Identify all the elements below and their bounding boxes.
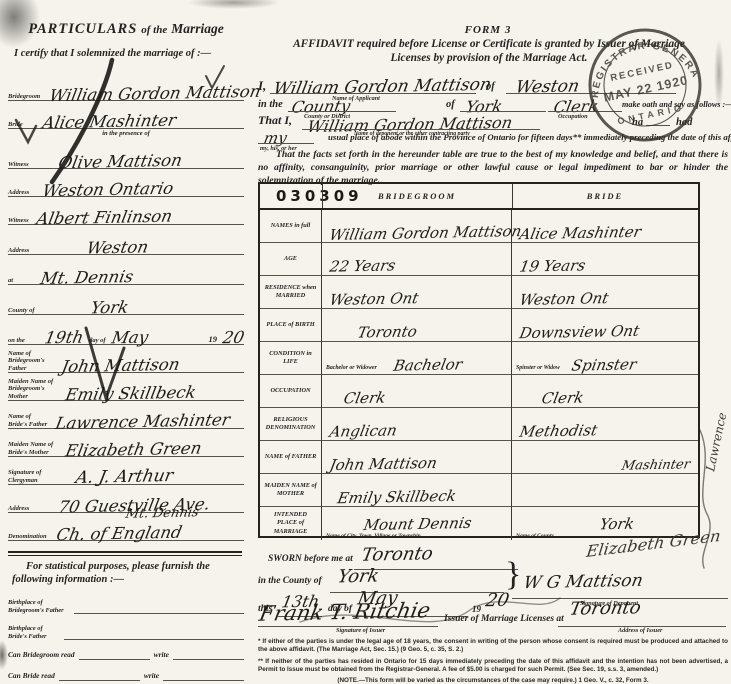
groom-name-value: William Gordon Mattison [328,222,523,244]
sworn-year-hand: 20 [484,590,511,611]
witness2-label: Witness [8,217,29,224]
groom-residence-value: Weston Ont [328,289,420,309]
county-label: County of [8,307,35,314]
groom-mother-value: Emily Skillbeck [336,487,458,507]
table-cell-groom: John Mattison [322,441,512,474]
clergyman-signature: A. J. Arthur [74,466,175,488]
marriage-place-label: at [8,277,13,284]
row-label: RESIDENCE when MARRIED [260,276,322,309]
table-cell-bride: Methodist [512,408,698,441]
groom-occupation-value: Clerk [342,389,387,408]
row-label: NAMES in full [260,210,322,243]
table-cell-bride: Weston Ont [512,276,698,309]
bride-denomination-value: Methodist [518,421,599,441]
date-month: May [110,328,150,348]
bride-residence-value: Weston Ont [518,289,610,309]
presence-label: in the presence of [8,130,244,137]
table-cell-groom: Mount Dennis Name of City, Town, Village… [322,507,512,540]
denomination-value: Ch. of England [55,523,184,545]
row-label: RELIGIOUS DENOMINATION [260,408,322,441]
table-cell-bride: Mashinter [512,441,698,474]
groom-denomination-value: Anglican [328,421,398,440]
stamp-province-text: ONTARIO [617,102,686,126]
particulars-title-of-the: of the [141,24,167,36]
groom-age-value: 22 Years [328,256,397,275]
bridegroom-label: Bridegroom [8,93,40,100]
address2-row: Address Weston [8,226,244,255]
stats-blank-line [163,665,244,681]
stats-blank-line [173,643,244,660]
date-year-printed: 19 [209,334,218,344]
bride-column-header: BRIDE [512,191,698,201]
row-label: AGE [260,243,322,276]
stats-groom-father-birthplace-label: Birthplace of Bridegroom's Father [8,599,70,614]
county-value: York [89,298,130,318]
table-cell-groom: Emily Skillbeck [322,474,512,507]
county-row: County of York [8,286,244,315]
bridegroom-row: Bridegroom William Gordon Mattison [8,72,244,101]
groom-condition-value: Bachelor [392,355,464,374]
stats-row-bride-father-birthplace: Birthplace of Bride's Father [8,620,244,640]
row-label: INTENDED PLACE of MARRIAGE [260,507,322,540]
table-body: NAMES in full William Gordon Mattison Al… [260,210,698,540]
clergyman-label: Signature of Clergyman [8,469,50,484]
stats-blank-line [59,665,140,681]
stats-can-bride-read-label: Can Bride read [8,672,55,681]
groom-mother-row: Maiden Name of Bridegroom's Mother Emily… [8,374,244,401]
table-cell-groom: Toronto [322,309,512,342]
bridegroom-column-header: BRIDEGROOM [322,191,512,201]
row-label: OCCUPATION [260,375,322,408]
groom-father-label: Name of Bridegroom's Father [8,350,56,372]
groom-mother-label: Maiden Name of Bridegroom's Mother [8,378,60,400]
sworn-year-printed: 19 [472,604,481,614]
vertical-margin-name: Lawrence [703,411,729,473]
address2-label: Address [8,247,29,254]
marriage-place-value: Mt. Dennis [39,267,135,288]
groom-birthplace-value: Toronto [356,322,418,341]
stats-blank-line [64,619,244,640]
column-divider [322,184,323,208]
sworn-county-label: in the County of [258,576,322,586]
double-rule-top [8,551,242,553]
scan-smudge-bottom [0,640,8,670]
bachelor-or-widower-caption: Bachelor or Widower [326,365,377,371]
sworn-section: SWORN before me at Toronto in the County… [258,542,731,638]
marriage-affidavit-document: PARTICULARS of the Marriage I certify th… [0,0,731,684]
address2-value: Weston [85,237,150,257]
table-cell-bride: Alice Mashinter [512,210,698,243]
witness1-label: Witness [8,161,29,168]
bride-mother-label: Maiden Name of Bride's Mother [8,441,60,456]
bride-birthplace-value: Downsview Ont [518,322,641,342]
writing-line [258,143,314,144]
writing-line [330,592,504,593]
bride-name-value: Alice Mashinter [518,223,643,244]
row-label: MAIDEN NAME of MOTHER [260,474,322,507]
clergyman-row: Signature of Clergyman A. J. Arthur [8,458,244,485]
address1-label: Address [8,189,29,196]
issuer-signature-caption: Signature of Issuer [336,627,385,634]
registrar-received-stamp: REGISTRAR GENERAL RECEIVED MAY 22 1920 O… [566,22,726,150]
particulars-title-word: PARTICULARS [28,21,137,37]
issuer-signature: Frank T. Ritchie [257,598,432,626]
date-day-of-label: day of [89,337,105,344]
particulars-title: PARTICULARS of the Marriage [10,20,242,38]
sworn-county-value: York [336,566,381,588]
bride-father-label: Name of Bride's Father [8,413,50,428]
spinster-or-widow-caption: Spinster or Widow [516,365,560,371]
table-cell-groom: 22 Years [322,243,512,276]
table-cell-bride: Downsview Ont [512,309,698,342]
witness2-row: Witness Albert Finlinson [8,198,244,225]
denomination-row: Denomination Ch. of England [8,514,244,541]
table-cell-groom: Weston Ont [322,276,512,309]
address1-row: Address Weston Ontario [8,170,244,197]
table-header: 030309 BRIDEGROOM BRIDE [260,184,698,210]
bride-row: Bride Alice Mashinter [8,102,244,129]
groom-father-row: Name of Bridegroom's Father John Mattiso… [8,346,244,373]
issuer-address-caption: Address of Issuer [618,627,662,634]
bride-father-row: Name of Bride's Father Lawrence Mashinte… [8,402,244,429]
table-cell-groom: Clerk [322,375,512,408]
date-row: on the 19th day of May 19 20 [8,316,244,345]
footnote-consent: * If either of the parties is under the … [258,638,728,655]
bride-age-value: 19 Years [518,256,587,275]
table-cell-groom: Anglican [322,408,512,441]
table-cell-bride [512,474,698,507]
marriage-place-row: at Mt. Dennis [8,256,244,285]
affidavit-table: 030309 BRIDEGROOM BRIDE NAMES in full Wi… [258,182,700,538]
brace-glyph: } [505,556,521,594]
bride-label: Bride [8,121,23,128]
intended-county-value: York [598,515,635,534]
table-cell-groom: William Gordon Mattison [322,210,512,243]
stats-write-label: write [154,651,169,660]
bride-occupation-value: Clerk [540,389,585,408]
witness1-row: Witness Olive Mattison [8,140,244,169]
table-cell-bride: Clerk [512,375,698,408]
bride-mother-row: Maiden Name of Bride's Mother Elizabeth … [8,430,244,457]
county-name-caption: Name of County [516,533,554,539]
table-cell-bride: 19 Years [512,243,698,276]
certify-line: I certify that I solemnized the marriage… [14,48,242,59]
table-cell-bride: Spinster or Widow Spinster [512,342,698,375]
bride-father-value: Mashinter [621,457,692,473]
denomination-label: Denomination [8,533,47,540]
stats-row-groom-father-birthplace: Birthplace of Bridegroom's Father [8,592,244,614]
bride-condition-value: Spinster [570,355,638,374]
city-town-caption: Name of City, Town, Village or Township [326,533,421,539]
stats-write-label: write [144,672,159,681]
groom-father-value: John Mattison [328,454,439,474]
stats-blank-line [79,643,150,660]
stats-heading: For statistical purposes, please furnish… [12,560,242,586]
stats-row-bride-read-write: Can Bride read write [8,666,244,681]
date-year-hand: 20 [221,328,246,347]
issuer-at-label: Issuer of Marriage Licenses at [444,614,564,624]
footnote-residency: ** If neither of the parties has resided… [258,658,728,675]
issuer-place-value: Toronto [568,597,643,619]
stats-can-bridegroom-read-label: Can Bridegroom read [8,651,75,660]
double-rule-bottom [8,555,242,556]
date-on-the-label: on the [8,337,25,344]
table-cell-groom: Bachelor or Widower Bachelor [322,342,512,375]
stats-row-bridegroom-read-write: Can Bridegroom read write [8,644,244,660]
stats-bride-father-birthplace-label: Birthplace of Bride's Father [8,625,60,640]
particulars-title-marriage: Marriage [171,21,224,36]
column-divider [512,184,513,208]
row-label: NAME of FATHER [260,441,322,474]
footnotes: * If either of the parties is under the … [258,638,728,684]
intended-place-value: Mount Dennis [362,514,473,534]
date-day: 19th [43,328,85,348]
sworn-before-label: SWORN before me at [268,554,353,564]
row-label: PLACE of BIRTH [260,309,322,342]
groom-father-name: John Mattison [60,355,181,376]
clergyman-address-label: Address [8,505,29,512]
footnote-note: (NOTE.—This form will be varied as the c… [258,677,728,684]
sworn-place-value: Toronto [360,543,435,565]
scan-smudge-top [188,0,280,9]
stats-blank-line [74,591,244,614]
row-label: CONDITION in LIFE [260,342,322,375]
deponent-signature: W G Mattison [522,571,645,593]
